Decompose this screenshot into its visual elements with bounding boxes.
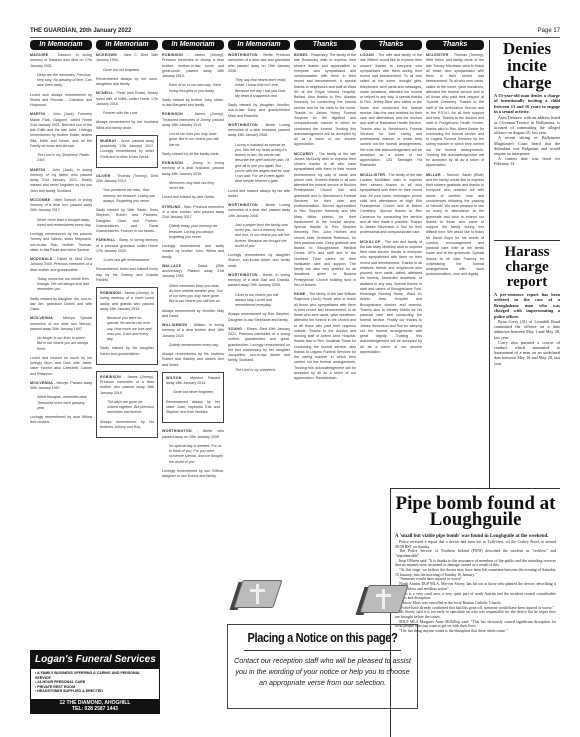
- section-header-thanks: Thanks: [360, 40, 422, 50]
- thanks-column-1: Thanks BONES - Rosemary. The family of t…: [294, 40, 356, 385]
- section-header-in-memoriam: In Memoriam: [30, 40, 92, 50]
- notice-text: Contact our reception staff who will be …: [234, 655, 411, 688]
- notice-entry: ROBINSON - James (Jimmy). Precious memor…: [96, 371, 158, 438]
- notice-entry: MCCOMBE - Mark Samuel. In loving memory …: [30, 198, 92, 253]
- notice-signoff: Always remembered by Jennifer, May and D…: [162, 309, 224, 320]
- notice-text: - Rosemary. The family of the late Rosem…: [294, 53, 356, 146]
- notice-entry: WORTHINGTON - Bertie. Precious memories …: [228, 53, 290, 119]
- notice-name: STIRLING: [162, 205, 180, 209]
- notice-text: - The family of the late William Raymond…: [294, 292, 356, 380]
- article-body: Asen Denizev, with an address listed as …: [494, 115, 560, 167]
- notice-name: MARTIN: [30, 112, 45, 116]
- notice-name: WALLACE: [162, 264, 181, 268]
- section-header-in-memoriam: In Memoriam: [228, 40, 290, 50]
- notice-entry: PARKHILL - Barry. In loving memory of a …: [96, 238, 158, 283]
- notice-name: MARTIN: [30, 168, 45, 172]
- notice-signoff: Lovingly remembered by his parents Tommy…: [30, 232, 92, 253]
- notice-text: - John (Jack). Formerly Maine Park, Galg…: [30, 112, 92, 148]
- article-body: Police received a report that a device h…: [395, 540, 556, 634]
- notice-verse: Close to our hearts you will always stay…: [228, 293, 290, 309]
- notice-entry: HUME - The family of the late William Ra…: [294, 292, 356, 381]
- paragraph: Ryan Corry (41) of Lisnahilt Road commit…: [494, 319, 560, 340]
- headline: Denies incite charge: [494, 40, 560, 91]
- ad-address: 12 THE DIAMOND, AHOGHILL TEL: 028 2587 1…: [31, 699, 159, 713]
- notice-verse: Because you were so special, No words ca…: [100, 316, 154, 342]
- masthead: THE GUARDIAN, 20th January 2022: [30, 28, 131, 34]
- paragraph: Asen Denizev, with an address listed as …: [494, 115, 560, 136]
- notice-signoff: Sadly missed by daughter Jennifer, son-i…: [228, 103, 290, 119]
- ad-title: Logan's Funeral Services: [31, 651, 159, 669]
- notice-entry: MCNEILL - Pearl (nee Erwin). Dearly love…: [96, 91, 158, 131]
- notice-signoff: Always remembered by his brothers Johnny…: [100, 420, 154, 431]
- notice-title: Placing a Notice on this page?: [247, 629, 397, 646]
- notice-entry: BONES - Rosemary. The family of the late…: [294, 53, 356, 148]
- notice-verse: 'Loves last gift remembrance.': [96, 258, 158, 263]
- ad-bullet: • HEADSTONES SUPPLIED & ERECTED: [35, 689, 155, 694]
- section-header-thanks: Thanks: [426, 40, 484, 50]
- notice-name: MCNEILL: [96, 91, 113, 95]
- notice-text: - The wife and family of the late Wilber…: [360, 53, 422, 167]
- section-header-in-memoriam: In Memoriam: [162, 40, 224, 50]
- notice-verse: Memories may fade but they never die.: [162, 181, 224, 192]
- headline: Harass charge report: [494, 245, 560, 290]
- notice-entry: YOUNG - Eileen. Died 19th January 2021. …: [228, 327, 290, 373]
- notice-signoff: Lovingly remembered and sadly missed by …: [162, 244, 224, 260]
- memoriam-column-3: In Memoriam ROBINSON - James (Jimmy). Pr…: [162, 40, 224, 483]
- column-divider: [489, 40, 490, 488]
- notice-name: MCILVENNA: [30, 381, 53, 385]
- notice-verse: Forever with the Lord.: [96, 111, 158, 116]
- divider: [244, 650, 401, 651]
- article-lead: A 53-year-old man denies a charge of int…: [494, 93, 560, 115]
- notice-verse: Today, tomorrow, our whole lives through…: [30, 277, 92, 293]
- notice-entry: MARTIN - John (Jack). In loving memory o…: [30, 168, 92, 194]
- notice-entry: MCILVENNA - Mervyn. Passed away 30th Jan…: [30, 381, 92, 426]
- notice-name: MCCURDY: [294, 152, 314, 156]
- notice-signoff: Sadly missed by brother Joey, sister-in-…: [162, 98, 224, 109]
- logans-funeral-services-ad: Logan's Funeral Services • A FAMILY BUSI…: [30, 650, 160, 714]
- paragraph: The Police Service of Northern Ireland (…: [395, 549, 556, 558]
- article-lead: A 'small but viable pipe bomb' was found…: [395, 534, 556, 540]
- notice-name: OLIVER: [96, 174, 111, 178]
- notice-name: WILLIAMSON: [162, 323, 187, 327]
- notice-text: - The family of the late James McCurdy w…: [294, 152, 356, 287]
- notice-name: MCILVENNA: [30, 316, 53, 320]
- page-header: THE GUARDIAN, 20th January 2022 Page 17: [30, 28, 560, 38]
- headline: Pipe bomb found at Loughguile: [395, 496, 556, 528]
- thanks-column-2: Thanks LOGAN - The wife and family of th…: [360, 40, 422, 359]
- notice-name: MCKILLOP: [360, 240, 380, 244]
- article-body: Ryan Corry (41) of Lisnahilt Road commit…: [494, 319, 560, 366]
- notice-entry: WILLIAMSON - William. In loving memory o…: [162, 323, 224, 368]
- paragraph: North Antrim DUP MLA, Mervyn Storey, has…: [395, 582, 556, 591]
- thanks-column-3: Thanks MCLEISTER - Thomas (Tommy). Wife …: [426, 40, 484, 282]
- paragraph: "The last thing anyone wants is the disr…: [395, 629, 556, 634]
- notice-entry: MCDONALD - Eileen M. Died 22nd January 2…: [30, 257, 92, 312]
- paragraph: A contest date was fixed for February 14…: [494, 156, 560, 166]
- notice-signoff: Lovingly remembered by daughter Sharon, …: [228, 253, 290, 269]
- notice-verse: Quietly today your memory we treasure, L…: [162, 224, 224, 240]
- notice-entry: OLIVER - Thomas (Tommy). Died 20th Janua…: [96, 174, 158, 235]
- notice-verse: Just a prayer from the family who loved …: [228, 223, 290, 249]
- paragraph: Corry also pursued a course of conduct w…: [494, 340, 560, 366]
- notice-entry: ROBINSON - James (Jimmy). In loving memo…: [96, 287, 158, 365]
- notice-entry: WORTHINGTON - Bertie. Loving memories of…: [228, 123, 290, 199]
- notice-verse: Gone but never forgotten.: [166, 390, 220, 395]
- notice-signoff: Always remembered by his brothers Robert…: [162, 352, 224, 368]
- notice-verse: No special day is needed, For us to thin…: [162, 444, 224, 465]
- notice-entry: WORTHINGTON - Bertie. Loving memories of…: [228, 203, 290, 269]
- memoriam-column-1: In Memoriam MAGUIRE - Dawson. In loving …: [30, 40, 92, 430]
- notice-signoff: Sadly missed by Wife Sarah, Sons Stephen…: [96, 208, 158, 234]
- notice-verse: The Lord is my shepherd.: [228, 368, 290, 373]
- notice-entry: STIRLING - Sam. Precious memories of a d…: [162, 205, 224, 260]
- notice-signoff: Loved and always remembered by Sheila an…: [30, 93, 92, 109]
- paragraph: "This is a very rural area, a very quiet…: [395, 592, 556, 601]
- notice-name: MCCOMBE: [30, 198, 50, 202]
- notice-verse: Out of our lives you may have gone, But …: [162, 132, 224, 148]
- notice-signoff: Lovingly remembered by son Clifford, dau…: [162, 469, 224, 480]
- notice-entry: WILSON - Marlene. Passed away 16th Janua…: [162, 372, 224, 424]
- notice-name: MCKEOWN: [96, 53, 117, 57]
- notice-entry: WORTHINGTON - Bertie. In loving memory o…: [228, 273, 290, 323]
- paragraph: Mr Storey said it is too early to specul…: [395, 610, 556, 619]
- notice-entry: MARTIN - John (Jack). Formerly Maine Par…: [30, 112, 92, 163]
- notice-signoff: Sadly missed by his daughter Karen and g…: [100, 346, 154, 357]
- article-lead: A pre-sentence report has been ordered i…: [494, 292, 560, 319]
- notice-name: HUME: [294, 292, 305, 296]
- notice-verse: They say that hearts don't really break,…: [228, 78, 290, 99]
- notice-name: MCALLISTER: [360, 173, 385, 177]
- notice-entry: MCKILLOP - The son and family of the lat…: [360, 240, 422, 356]
- notice-verse: Each of us in our own way, Have loving t…: [162, 83, 224, 94]
- article-harass-charge-report: Harass charge report A pre-sentence repo…: [494, 240, 560, 366]
- notice-verse: Silent thoughts, memories dear, Treasure…: [30, 395, 92, 411]
- notice-text: - Samuel, Sarah (Elsie) and the family w…: [426, 173, 484, 277]
- page-number: Page 17: [538, 28, 560, 34]
- notice-name: PARKHILL: [96, 238, 116, 242]
- notice-entry: MAGUIRE - Dawson. In loving memory of Da…: [30, 53, 92, 108]
- notice-name: MURRAY: [100, 139, 117, 143]
- notice-verse: The days are gone we shared together, Bu…: [100, 400, 154, 416]
- notice-entry: ROBINSON - James (Jimmy). Treasured memo…: [162, 112, 224, 157]
- memoriam-column-4: In Memoriam WORTHINGTON - Bertie. Precio…: [228, 40, 290, 377]
- notice-name: ROBINSON: [162, 112, 183, 116]
- paragraph: Insp O'Brien said: "It is thanks to the …: [395, 559, 556, 568]
- notice-signoff: Sadly missed by daughter Iris, son-in-la…: [30, 297, 92, 313]
- notice-text: - Eileen. Died 19th January 2021. Precio…: [228, 327, 290, 363]
- notice-name: YOUNG: [228, 327, 242, 331]
- notice-name: MCDONALD: [30, 257, 53, 261]
- notice-signoff: Lovingly remembered by aunt Wilma and co…: [30, 415, 92, 426]
- notice-name: MILLAR: [426, 173, 441, 177]
- notice-name: WORTHINGTON: [228, 53, 258, 57]
- notice-name: WORTHINGTON: [228, 273, 258, 277]
- article-denies-incite-charge: Denies incite charge A 53-year-old man d…: [494, 40, 560, 167]
- notice-entry: MILLAR - Samuel, Sarah (Elsie) and the f…: [426, 173, 484, 278]
- notice-signoff: Loved and missed by wife Gertie.: [162, 195, 224, 200]
- notice-signoff: Sadly missed by all the family circle.: [162, 152, 224, 157]
- notice-name: MCLEISTER: [426, 53, 449, 57]
- placing-notice-box: Placing a Notice on this page? Contact o…: [227, 624, 418, 709]
- notice-signoff: Loved and missed always by his wife Isob…: [228, 189, 290, 200]
- notice-name: BONES: [294, 53, 308, 57]
- notice-signoff: Always remembered by her husband Willis …: [96, 120, 158, 131]
- notice-text: - The family of the late Loraine McAllis…: [360, 173, 422, 235]
- notice-name: ROBINSON: [162, 161, 183, 165]
- notice-entry: MURRAY - Anne, passed away peacefully 17…: [96, 135, 158, 168]
- notice-name: WILSON: [166, 376, 182, 380]
- notice-entry: MCILVENNA - Mervyn. Special memories of …: [30, 316, 92, 377]
- notice-name: LOGAN: [360, 53, 374, 57]
- notice-name: MAGUIRE: [30, 53, 48, 57]
- bible-icon: [232, 576, 282, 616]
- notice-entry: WORTHINGTON - Bertie who passed away on …: [162, 429, 224, 479]
- section-header-in-memoriam: In Memoriam: [96, 40, 158, 50]
- notice-verse: Gone but not forgotten.: [96, 68, 158, 73]
- paragraph: A recent sitting of Ballymena Magistrate…: [494, 135, 560, 156]
- notice-text: - The son and family of the late Mary Mc…: [360, 240, 422, 354]
- notice-entry: MCKEOWN - Jane C. Died 16th January 1994…: [96, 53, 158, 87]
- notice-verse: Deep are the memories; Precious they sta…: [30, 73, 92, 89]
- notice-name: WORTHINGTON: [228, 203, 258, 207]
- notice-entry: LOGAN - The wife and family of the late …: [360, 53, 422, 169]
- paragraph: SDLP MLA Margaret Anne McKillop said: "T…: [395, 620, 556, 629]
- notice-entry: MCALLISTER - The family of the late Lora…: [360, 173, 422, 236]
- notice-entry: MCCURDY - The family of the late James M…: [294, 152, 356, 289]
- notice-text: - Thomas (Tommy). Wife Helen and family …: [426, 53, 484, 167]
- section-header-thanks: Thanks: [294, 40, 356, 50]
- notice-verse: Quietly remembered every day.: [162, 343, 224, 348]
- notice-name: ROBINSON: [100, 375, 121, 379]
- notice-entry: WALLACE - David. (30th anniversary). Pas…: [162, 264, 224, 319]
- notice-signoff: Remembered, loved and missed every day b…: [96, 267, 158, 283]
- bible-icon: [358, 581, 408, 621]
- notice-entry: ROBINSON - Jimmy. In loving memory of a …: [162, 161, 224, 201]
- telephone: TEL: 028 2587 1443: [31, 706, 159, 712]
- notice-name: ROBINSON: [100, 291, 121, 295]
- notice-name: WORTHINGTON: [162, 429, 192, 433]
- notice-signoff: Loved and missed so much by his lovingly…: [30, 356, 92, 377]
- notice-verse: Silent memories keep you near, As time u…: [162, 284, 224, 305]
- notice-name: WORTHINGTON: [228, 123, 258, 127]
- ad-bullet: • A FAMILY BUSINESS OFFERING A CARING AN…: [35, 671, 155, 680]
- paragraph: Police received a report that a device h…: [395, 540, 556, 549]
- notice-entry: ROBINSON - James (Jimmy). Precious memor…: [162, 53, 224, 108]
- ad-bullets: • A FAMILY BUSINESS OFFERING A CARING AN…: [31, 669, 159, 696]
- notice-signoff: Always remembered by Son Stephen, Daught…: [228, 312, 290, 323]
- notice-verse: The Lord is my Shepherd. Psalm 23v1: [30, 153, 92, 164]
- notice-verse: Loving a husband as special as you, Has …: [228, 143, 290, 185]
- notice-entry: MCLEISTER - Thomas (Tommy). Wife Helen a…: [426, 53, 484, 169]
- notice-verse: Your presence we miss, Your memory we tr…: [96, 188, 158, 204]
- notice-signoff: Remembered always by her sons, daughters…: [96, 77, 158, 88]
- notice-verse: Never more than a thought away, loved an…: [30, 218, 92, 229]
- memoriam-column-2: In Memoriam MCKEOWN - Jane C. Died 16th …: [96, 40, 158, 444]
- notice-signoff: Remembered always by her sister Joan, ne…: [166, 400, 220, 416]
- notice-verse: No longer in our lives to share, But in …: [30, 336, 92, 352]
- notice-name: ROBINSON: [162, 53, 183, 57]
- paragraph: "At this stage, we believe the device ma…: [395, 568, 556, 577]
